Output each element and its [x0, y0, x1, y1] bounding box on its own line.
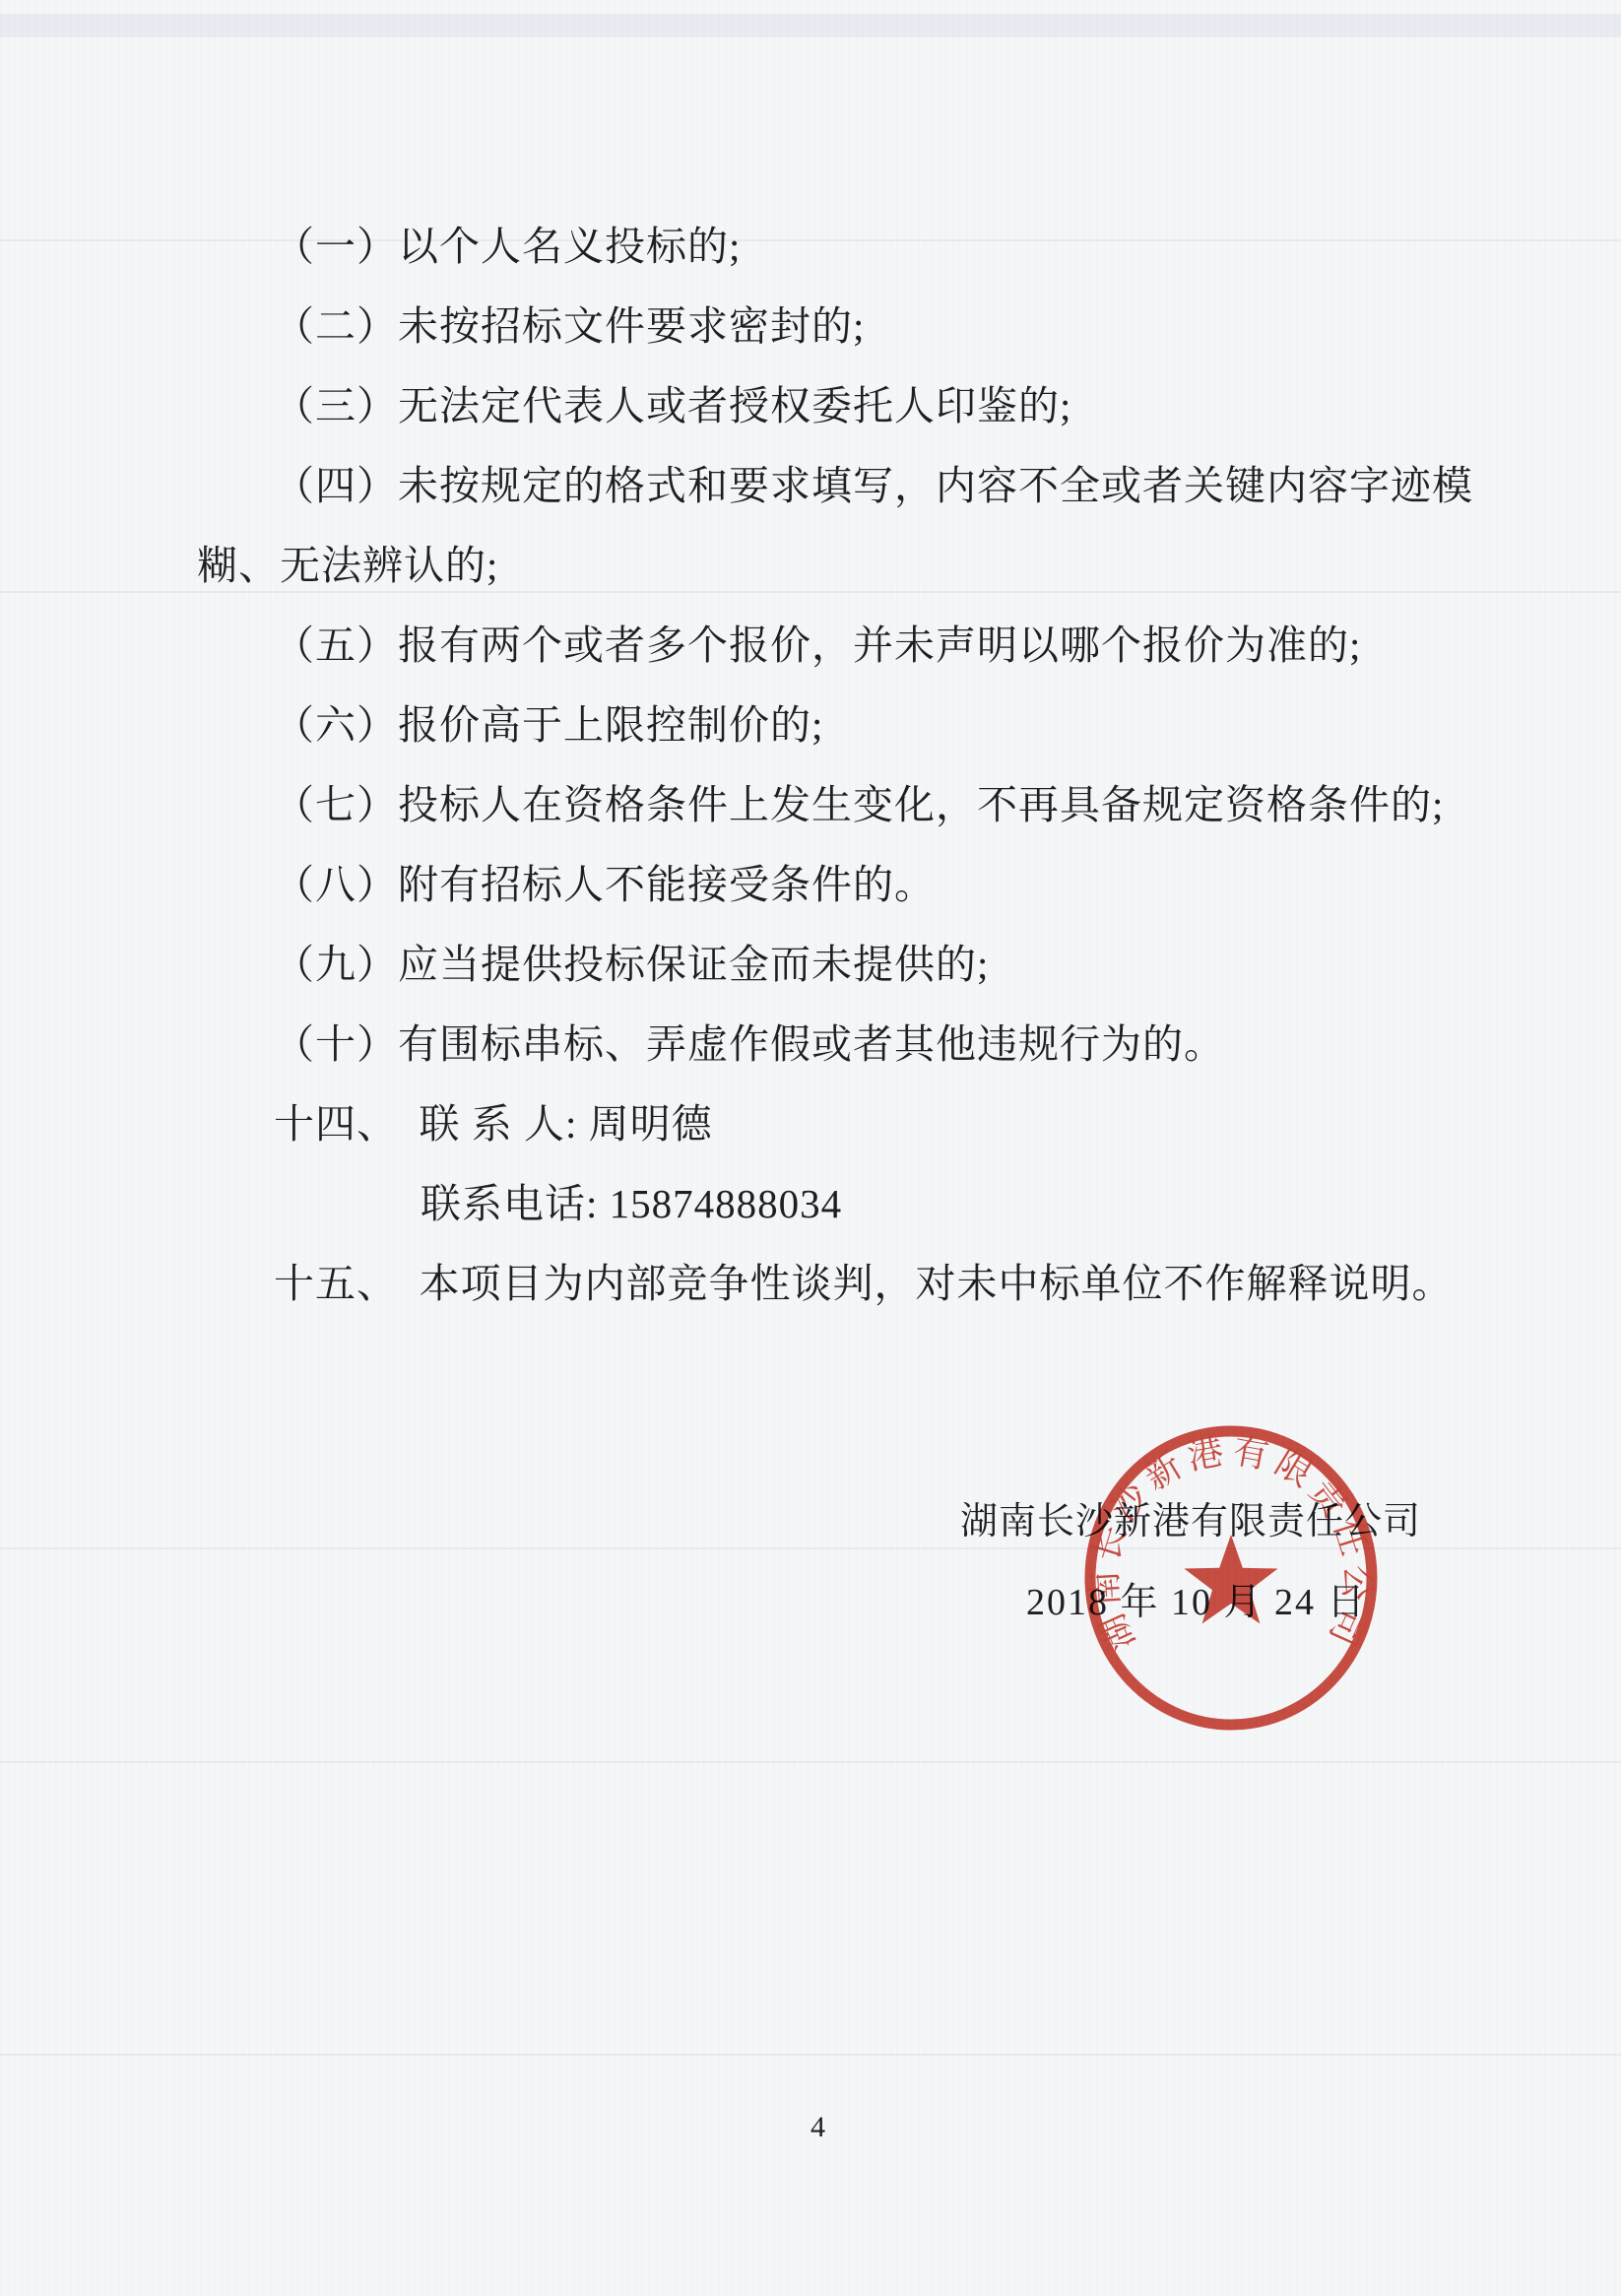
clause-item-7: （七）投标人在资格条件上发生变化，不再具备规定资格条件的;: [197, 765, 1497, 845]
scan-artifact-line: [0, 1761, 1621, 1763]
clause-item-1: （一）以个人名义投标的;: [197, 207, 1497, 287]
contact-phone-line: 联系电话: 15874888034: [197, 1164, 1497, 1244]
contact-person-line: 十四、 联 系 人: 周明德: [197, 1084, 1497, 1164]
scan-artifact-band: [0, 14, 1621, 37]
clause-item-2: （二）未按招标文件要求密封的;: [197, 287, 1497, 366]
clause-item-4-continued: 糊、无法辨认的;: [197, 526, 1497, 606]
clause-item-8: （八）附有招标人不能接受条件的。: [197, 845, 1497, 925]
clause-item-5: （五）报有两个或者多个报价，并未声明以哪个报价为准的;: [197, 606, 1497, 686]
scanned-document-page: （一）以个人名义投标的; （二）未按招标文件要求密封的; （三）无法定代表人或者…: [0, 0, 1621, 2296]
clause-item-15: 十五、 本项目为内部竞争性谈判，对未中标单位不作解释说明。: [197, 1244, 1497, 1324]
clause-item-6: （六）报价高于上限控制价的;: [197, 686, 1497, 765]
page-number: 4: [810, 2110, 825, 2145]
clause-item-3: （三）无法定代表人或者授权委托人印鉴的;: [197, 366, 1497, 446]
clause-item-9: （九）应当提供投标保证金而未提供的;: [197, 925, 1497, 1005]
scan-artifact-line: [0, 2054, 1621, 2056]
company-seal: 湖南长沙新港有限责任公司: [1073, 1415, 1389, 1740]
document-body: （一）以个人名义投标的; （二）未按招标文件要求密封的; （三）无法定代表人或者…: [197, 207, 1497, 1324]
clause-item-4: （四）未按规定的格式和要求填写，内容不全或者关键内容字迹模: [197, 446, 1497, 526]
clause-item-10: （十）有围标串标、弄虚作假或者其他违规行为的。: [197, 1005, 1497, 1084]
star-icon: [1184, 1535, 1277, 1624]
